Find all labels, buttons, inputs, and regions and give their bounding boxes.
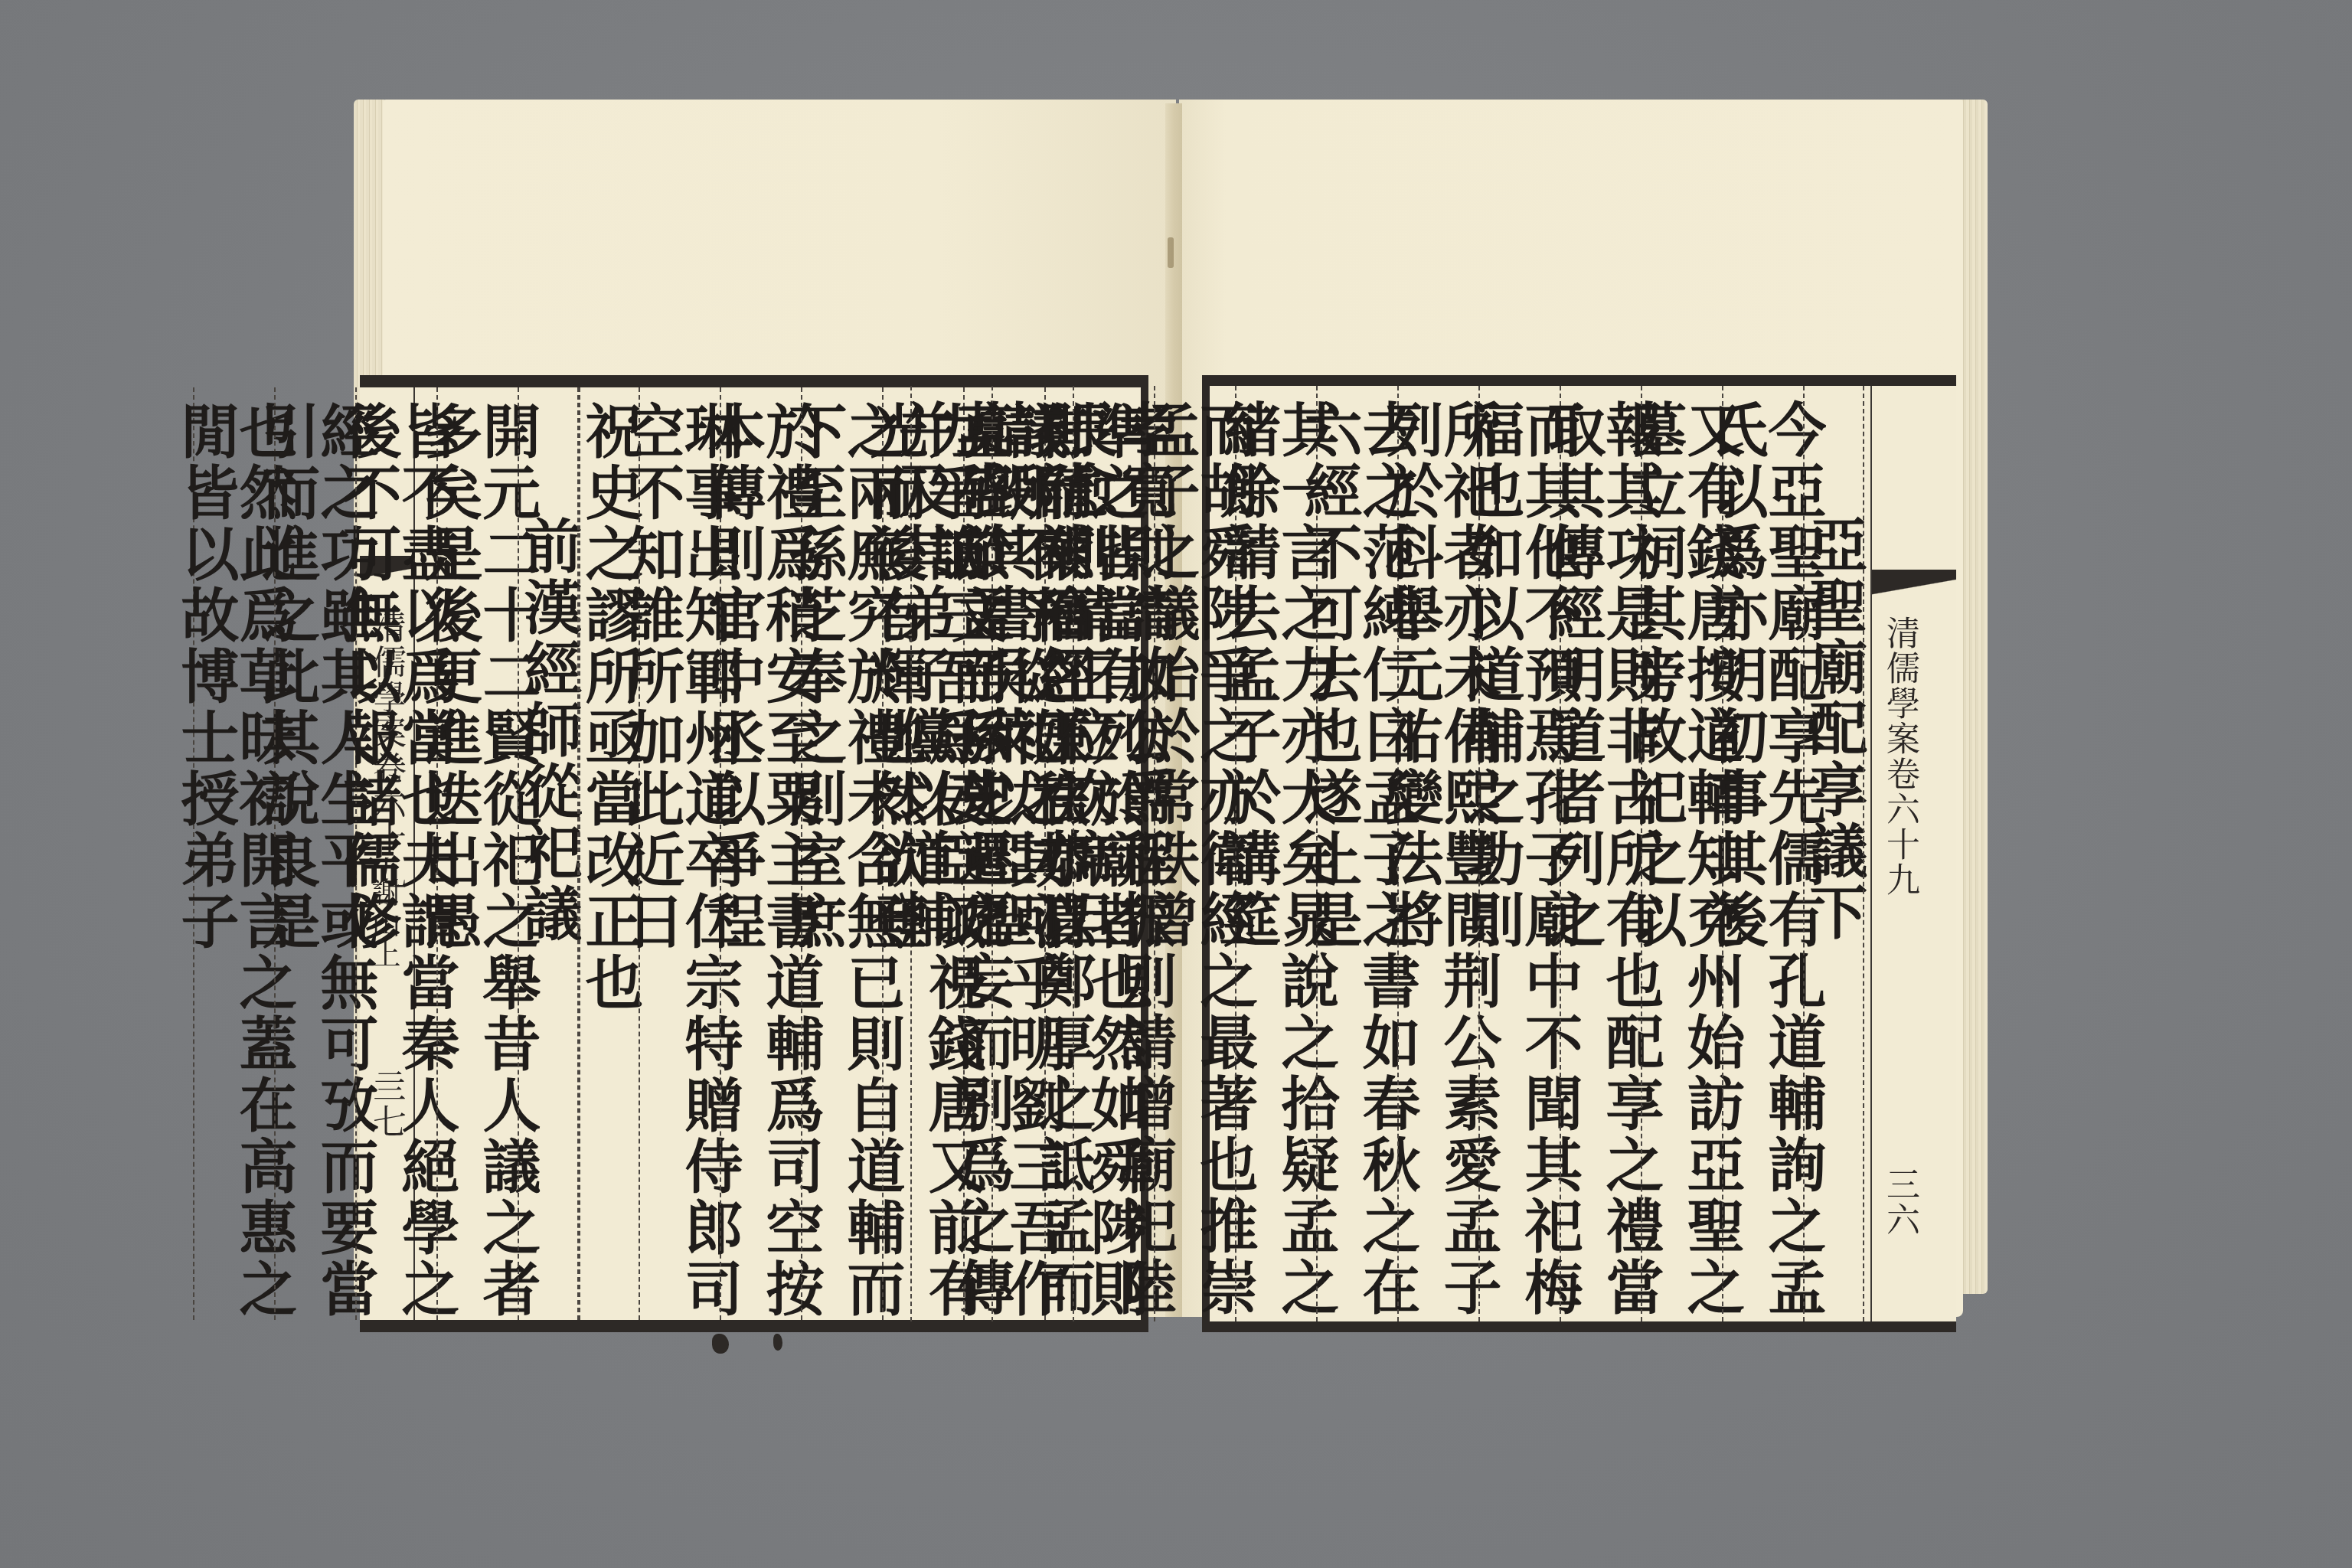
right-strip-book-title: 清儒學案卷六十九 — [1883, 616, 1916, 897]
section-title: 亞聖廟配享議下 — [1805, 400, 1863, 1321]
right-text-columns: 亞聖廟配享議下 今亞聖廟配享先儒有孔道輔詢之孟氏以爲亦明初事其後 又有錢唐按道輔… — [1217, 386, 1864, 1321]
section-title-column: 前漢經師從祀議 — [518, 387, 577, 1320]
section-title: 前漢經師從祀議 — [519, 401, 577, 1320]
ink-blot — [712, 1334, 729, 1354]
section-title-column: 亞聖廟配享議下 — [1803, 386, 1863, 1321]
gutter-tear-mark — [1168, 237, 1174, 268]
fishtail-mark — [1872, 570, 1956, 603]
right-page-text-frame: 清儒學案卷六十九 三六 亞聖廟配享議下 今亞聖廟配享先儒有孔道輔詢之孟氏以爲亦明… — [1202, 375, 1956, 1332]
right-strip-page-number: 三六 — [1883, 1167, 1916, 1237]
ink-blot — [773, 1334, 782, 1351]
right-page-stack-edge — [1960, 100, 1988, 1294]
blank-column — [1863, 386, 1864, 1321]
right-margin-strip: 清儒學案卷六十九 三六 — [1870, 386, 1956, 1321]
text-column: 開元二十二賢從祀之舉昔人議之者多矣是後更進迭出愚 — [436, 387, 518, 1320]
text-column: 今亞聖廟配享先儒有孔道輔詢之孟氏以爲亦明初事其後 — [1722, 386, 1803, 1321]
open-book: 清儒學案卷六十九 謝山上 亖七 準之皆當有列於廟者也然如舜陟則有附秦檜之嫌秩亦清… — [0, 0, 2352, 1568]
